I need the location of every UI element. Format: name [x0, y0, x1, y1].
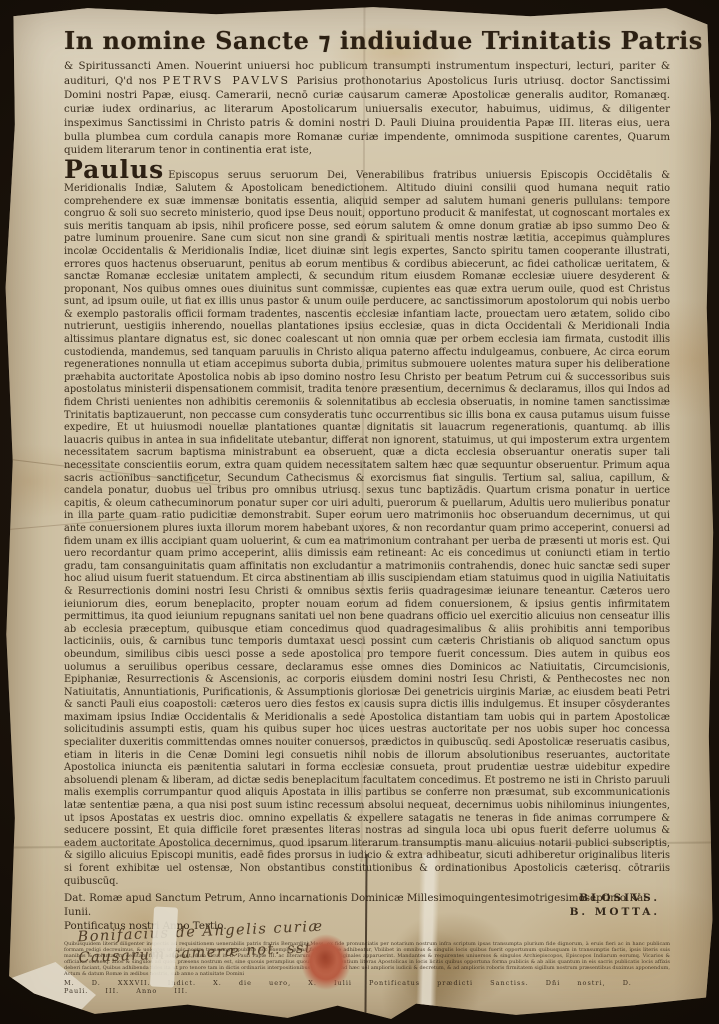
notary-name: PETRVS PAVLVS — [163, 74, 291, 87]
signature-blosius: BLOSIVS. — [570, 891, 660, 905]
preamble-text-end: Parisius prothonotarius Apostolicus Iuri… — [64, 75, 670, 157]
chancery-signatures: BLOSIVS. B. MOTTA. — [570, 891, 660, 919]
wax-seal-center — [313, 944, 337, 970]
bull-initial-word: Paulus — [64, 155, 168, 184]
photo-background: In nomine Sancte ⁊ indiuidue Trinitatis … — [0, 0, 719, 1024]
paper-tape-patch — [150, 906, 178, 987]
signature-motta: B. MOTTA. — [570, 905, 660, 919]
red-wax-seal — [301, 934, 351, 990]
parchment-sheet: In nomine Sancte ⁊ indiuidue Trinitatis … — [2, 2, 716, 1022]
printed-text-block: In nomine Sancte ⁊ indiuidue Trinitatis … — [64, 26, 670, 995]
notarial-preamble: & Spiritussancti Amen. Nouerint uniuersi… — [64, 60, 670, 158]
bull-body-text: Episcopus seruus seruorum Dei, Venerabil… — [64, 170, 670, 886]
bull-body: PaulusEpiscopus seruus seruorum Dei, Ven… — [64, 164, 670, 888]
document-title: In nomine Sancte ⁊ indiuidue Trinitatis … — [64, 26, 670, 55]
